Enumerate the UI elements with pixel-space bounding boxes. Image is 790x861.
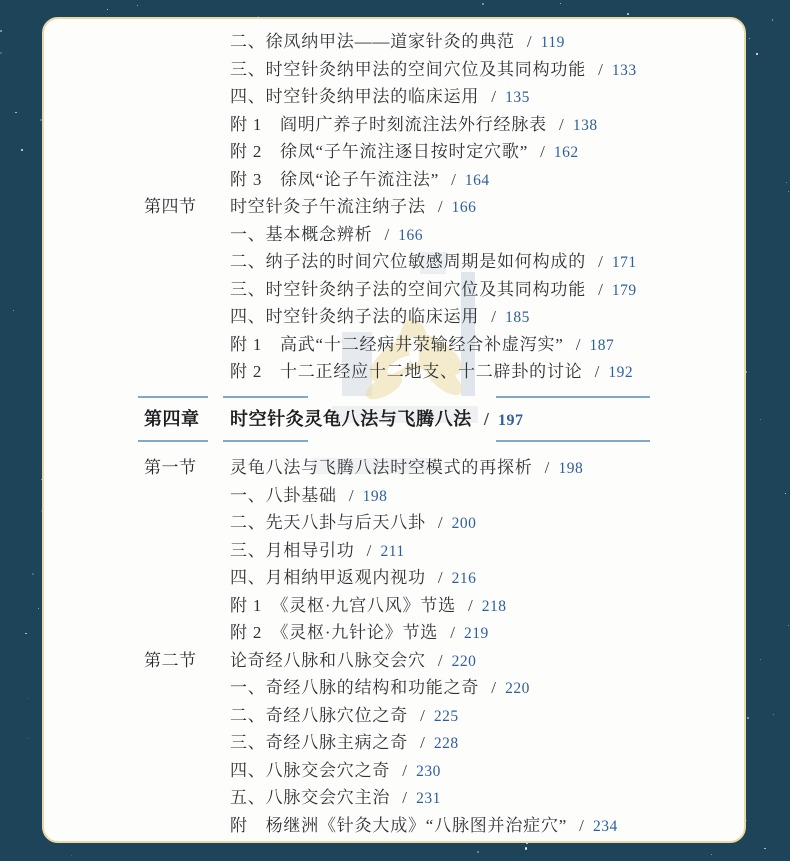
page-separator: / <box>527 32 532 51</box>
toc-row-page-number: 138 <box>573 117 598 134</box>
toc-row-section-label: 第一节 <box>144 454 197 482</box>
chapter-label: 第四章 <box>144 398 200 440</box>
toc-row: 附 1 阎明广养子时刻流注法外行经脉表 / 138 <box>144 111 714 139</box>
page-separator: / <box>402 761 407 780</box>
page-separator: / <box>484 409 489 429</box>
toc-row-title: 三、时空针灸纳甲法的空间穴位及其同构功能 <box>230 60 586 79</box>
toc-row-title: 四、八脉交会穴之奇 <box>230 761 390 780</box>
toc-row-title: 三、月相导引功 <box>230 541 355 560</box>
toc-row-title: 三、奇经八脉主病之奇 <box>230 733 408 752</box>
page-separator: / <box>491 307 496 326</box>
star-dot <box>0 30 2 32</box>
toc-row-page-number: 218 <box>482 598 507 615</box>
page-separator: / <box>438 513 443 532</box>
page-separator: / <box>545 458 550 477</box>
star-dot <box>525 847 527 849</box>
page-separator: / <box>450 623 455 642</box>
toc-row: 附 2 十二正经应十二地支、十二辟卦的讨论 / 192 <box>144 358 714 386</box>
toc-row: 三、时空针灸纳甲法的空间穴位及其同构功能 / 133 <box>144 56 714 84</box>
page-separator: / <box>438 197 443 216</box>
toc-row-title: 一、奇经八脉的结构和功能之奇 <box>230 678 479 697</box>
toc-row: 三、时空针灸纳子法的空间穴位及其同构功能 / 179 <box>144 276 714 304</box>
star-dot <box>0 52 2 54</box>
star-dot <box>137 5 139 7</box>
toc-row-title: 时空针灸子午流注纳子法 <box>230 197 426 216</box>
page-separator: / <box>349 486 354 505</box>
toc-row: 四、月相纳甲返观内视功 / 216 <box>144 564 714 592</box>
toc-row: 四、八脉交会穴之奇 / 230 <box>144 757 714 785</box>
toc-row-page-number: 135 <box>505 89 530 106</box>
page-separator: / <box>438 568 443 587</box>
toc-row-page-number: 228 <box>434 735 459 752</box>
toc-row-page-number: 179 <box>612 282 637 299</box>
star-dot <box>71 855 72 856</box>
page-separator: / <box>598 252 603 271</box>
page-separator: / <box>559 115 564 134</box>
toc-row: 第一节 灵龟八法与飞腾八法时空模式的再探析 / 198 <box>144 454 714 482</box>
toc-row-page-number: 133 <box>612 62 637 79</box>
star-dot <box>788 191 790 193</box>
star-dot <box>627 13 629 15</box>
star-dot <box>107 9 108 10</box>
star-dot <box>747 717 749 719</box>
toc-row: 第四节 时空针灸子午流注纳子法 / 166 <box>144 193 714 221</box>
toc-row: 附 3 徐凤“论子午流注法” / 164 <box>144 166 714 194</box>
star-dot <box>746 820 747 821</box>
toc-row-title: 灵龟八法与飞腾八法时空模式的再探析 <box>230 458 533 477</box>
toc-row-title: 二、徐凤纳甲法——道家针灸的典范 <box>230 32 515 51</box>
toc-row-title: 二、奇经八脉穴位之奇 <box>230 706 408 725</box>
toc-row-title: 附 2 《灵枢·九针论》节选 <box>230 623 438 642</box>
page-separator: / <box>468 596 473 615</box>
toc-row: 附 1 《灵枢·九宫八风》节选 / 218 <box>144 592 714 620</box>
toc-row: 一、基本概念辨析 / 166 <box>144 221 714 249</box>
toc-row: 四、时空针灸纳甲法的临床运用 / 135 <box>144 83 714 111</box>
page-separator: / <box>420 733 425 752</box>
toc-section-top: 二、徐凤纳甲法——道家针灸的典范 / 119 三、时空针灸纳甲法的空间穴位及其同… <box>144 28 714 386</box>
toc-row: 一、八卦基础 / 198 <box>144 482 714 510</box>
divider-line-bottom <box>138 440 650 442</box>
star-dot <box>764 848 766 850</box>
page-separator: / <box>420 706 425 725</box>
toc-row: 四、时空针灸纳子法的临床运用 / 185 <box>144 303 714 331</box>
toc-row-title: 三、时空针灸纳子法的空间穴位及其同构功能 <box>230 280 586 299</box>
page-separator: / <box>491 87 496 106</box>
toc-row: 二、奇经八脉穴位之奇 / 225 <box>144 702 714 730</box>
star-dot <box>38 608 39 609</box>
star-dot <box>21 149 23 151</box>
toc-row: 三、奇经八脉主病之奇 / 228 <box>144 729 714 757</box>
toc-row: 第二节 论奇经八脉和八脉交会穴 / 220 <box>144 647 714 675</box>
toc-row-page-number: 234 <box>593 818 618 835</box>
toc-row-title: 附 1 高武“十二经病井荥输经合补虚泻实” <box>230 335 564 354</box>
star-dot <box>785 493 786 494</box>
toc-row: 附 2 徐凤“子午流注逐日按时定穴歌” / 162 <box>144 138 714 166</box>
toc-row-page-number: 164 <box>465 172 490 189</box>
toc-row: 一、奇经八脉的结构和功能之奇 / 220 <box>144 674 714 702</box>
toc-row-page-number: 216 <box>452 570 477 587</box>
page-separator: / <box>598 60 603 79</box>
toc-row-page-number: 119 <box>541 34 565 51</box>
toc-row-page-number: 198 <box>558 460 583 477</box>
toc-row-page-number: 171 <box>612 254 637 271</box>
chapter-title: 时空针灸灵龟八法与飞腾八法 <box>230 409 472 429</box>
toc-row-section-label: 第四节 <box>144 193 197 221</box>
toc-row: 二、徐凤纳甲法——道家针灸的典范 / 119 <box>144 28 714 56</box>
page-separator: / <box>451 170 456 189</box>
toc-row-page-number: 231 <box>416 790 441 807</box>
toc-row-page-number: 230 <box>416 763 441 780</box>
star-dot <box>711 854 712 855</box>
book-page: 二、徐凤纳甲法——道家针灸的典范 / 119 三、时空针灸纳甲法的空间穴位及其同… <box>42 17 746 843</box>
toc-row-title: 论奇经八脉和八脉交会穴 <box>230 651 426 670</box>
toc-row-title: 附 杨继洲《针灸大成》“八脉图并治症穴” <box>230 816 567 835</box>
toc-row-title: 附 3 徐凤“论子午流注法” <box>230 170 439 189</box>
toc-row-page-number: 225 <box>434 708 459 725</box>
toc-row: 二、先天八卦与后天八卦 / 200 <box>144 509 714 537</box>
toc-row-title: 五、八脉交会穴主治 <box>230 788 390 807</box>
toc-row-page-number: 192 <box>608 364 633 381</box>
toc-row: 附 杨继洲《针灸大成》“八脉图并治症穴” / 234 <box>144 812 714 840</box>
page-separator: / <box>384 225 389 244</box>
page-separator: / <box>540 142 545 161</box>
toc-row-title: 四、时空针灸纳子法的临床运用 <box>230 307 479 326</box>
star-dot <box>13 310 14 311</box>
page-separator: / <box>576 335 581 354</box>
toc-row-title: 二、纳子法的时间穴位敏感周期是如何构成的 <box>230 252 586 271</box>
toc-row-title: 附 1 《灵枢·九宫八风》节选 <box>230 596 456 615</box>
toc-row-page-number: 166 <box>398 227 423 244</box>
toc-row-page-number: 220 <box>505 680 530 697</box>
star-dot <box>25 633 27 635</box>
star-dot <box>477 851 479 853</box>
toc-row-title: 四、月相纳甲返观内视功 <box>230 568 426 587</box>
star-dot <box>772 19 774 21</box>
star-dot <box>560 3 561 4</box>
toc-row-title: 附 1 阎明广养子时刻流注法外行经脉表 <box>230 115 547 134</box>
chapter-heading-block: 第四章 时空针灸灵龟八法与飞腾八法 / 197 <box>138 396 650 442</box>
toc-row-page-number: 162 <box>554 144 579 161</box>
book-scan-screenshot: 二、徐凤纳甲法——道家针灸的典范 / 119 三、时空针灸纳甲法的空间穴位及其同… <box>0 0 790 861</box>
star-dot <box>15 112 17 114</box>
chapter-page-number: 197 <box>498 412 524 429</box>
toc-row: 三、月相导引功 / 211 <box>144 537 714 565</box>
page-separator: / <box>438 651 443 670</box>
star-dot <box>760 659 761 660</box>
page-separator: / <box>491 678 496 697</box>
star-dot <box>773 714 774 715</box>
toc-row-page-number: 187 <box>590 337 615 354</box>
toc-row-title: 附 2 徐凤“子午流注逐日按时定穴歌” <box>230 142 528 161</box>
toc-row-page-number: 219 <box>464 625 489 642</box>
toc-row-title: 四、时空针灸纳甲法的临床运用 <box>230 87 479 106</box>
toc-row: 二、纳子法的时间穴位敏感周期是如何构成的 / 171 <box>144 248 714 276</box>
toc-row-title: 二、先天八卦与后天八卦 <box>230 513 426 532</box>
page-separator: / <box>367 541 372 560</box>
toc-row-page-number: 166 <box>452 199 477 216</box>
toc-row-title: 一、八卦基础 <box>230 486 337 505</box>
toc-row: 附 2 《灵枢·九针论》节选 / 219 <box>144 619 714 647</box>
toc-row: 附 1 高武“十二经病井荥输经合补虚泻实” / 187 <box>144 331 714 359</box>
toc-row-page-number: 211 <box>380 543 404 560</box>
toc-row-page-number: 220 <box>452 653 477 670</box>
chapter-row: 第四章 时空针灸灵龟八法与飞腾八法 / 197 <box>138 398 650 440</box>
toc-row-page-number: 185 <box>505 309 530 326</box>
star-dot <box>749 38 750 39</box>
toc-row-title: 附 2 十二正经应十二地支、十二辟卦的讨论 <box>230 362 583 381</box>
star-dot <box>32 573 34 575</box>
page-separator: / <box>595 362 600 381</box>
star-dot <box>27 698 28 699</box>
page-separator: / <box>402 788 407 807</box>
page-separator: / <box>598 280 603 299</box>
toc-row: 五、八脉交会穴主治 / 231 <box>144 784 714 812</box>
star-dot <box>786 182 787 183</box>
star-dot <box>482 3 484 5</box>
page-separator: / <box>579 816 584 835</box>
star-dot <box>756 53 757 54</box>
toc-row-page-number: 200 <box>452 515 477 532</box>
star-dot <box>788 625 789 626</box>
toc-section-bottom: 第一节 灵龟八法与飞腾八法时空模式的再探析 / 198 一、八卦基础 / 198… <box>144 454 714 839</box>
star-dot <box>760 419 761 420</box>
toc-row-page-number: 198 <box>363 488 388 505</box>
star-dot <box>28 738 29 739</box>
toc-row-title: 一、基本概念辨析 <box>230 225 372 244</box>
toc-row-section-label: 第二节 <box>144 647 197 675</box>
